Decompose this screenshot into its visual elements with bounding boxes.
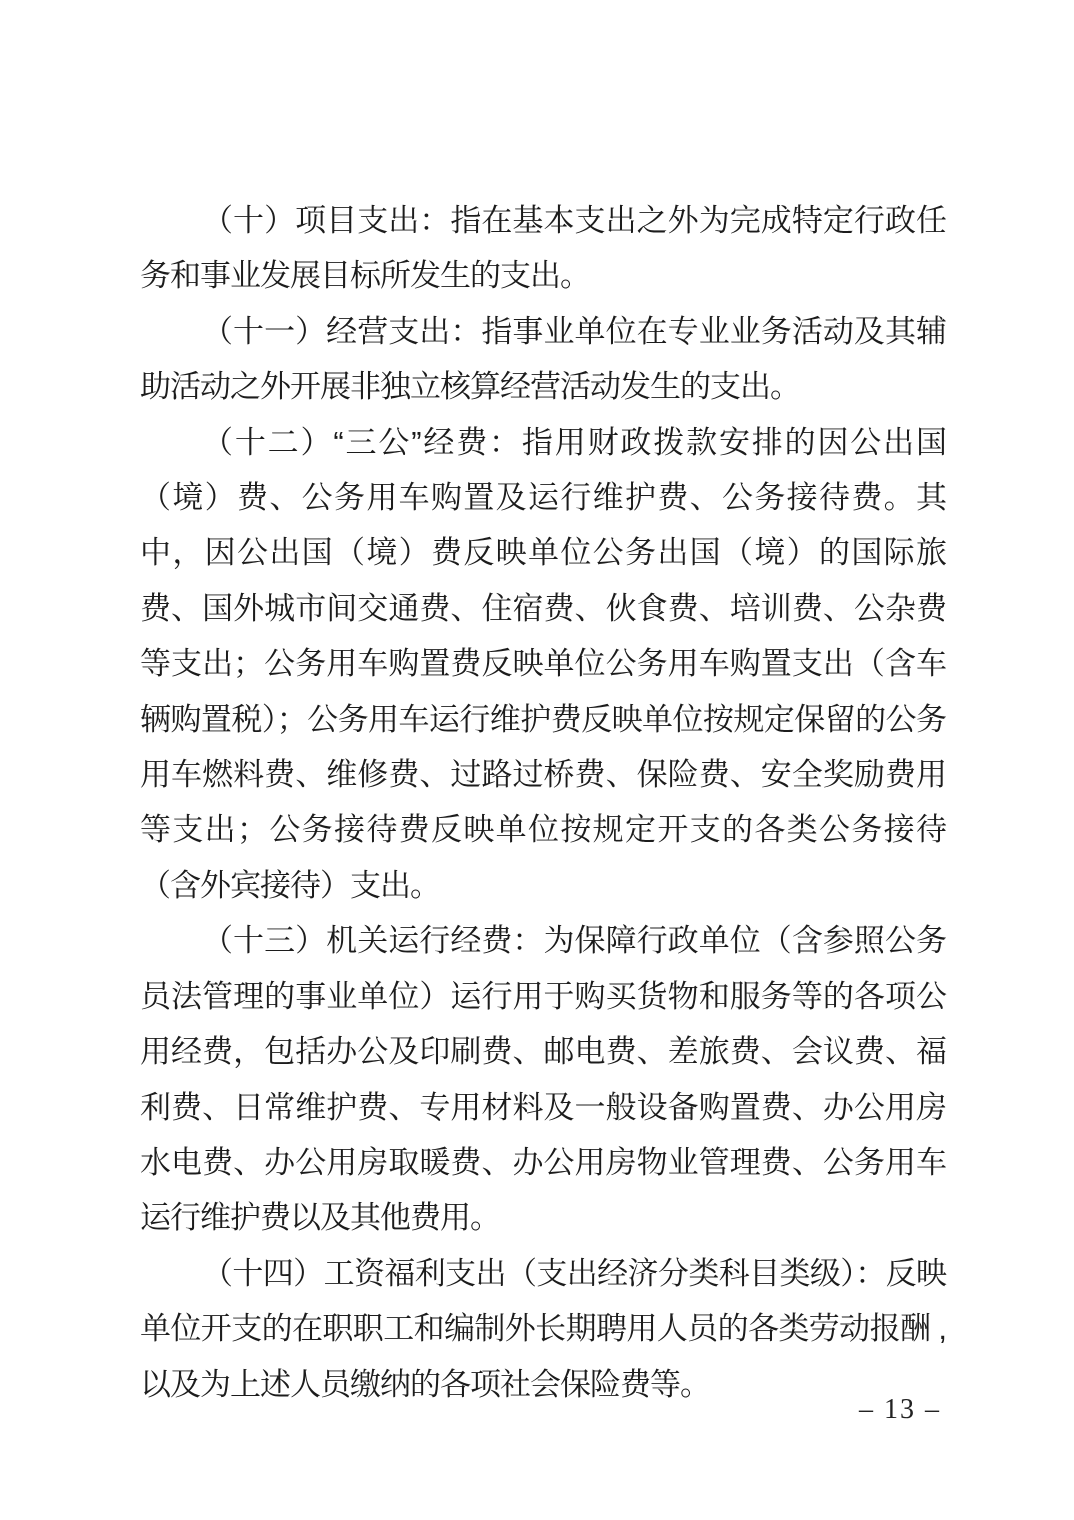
paragraph-item-14: （十四）工资福利支出（支出经济分类科目类级）：反映单位开支的在职职工和编制外长期… xyxy=(140,1246,946,1412)
paragraph-item-12: （十二）“三公”经费：指用财政拨款安排的因公出国（境）费、公务用车购置及运行维护… xyxy=(140,415,946,914)
document-body: （十）项目支出：指在基本支出之外为完成特定行政任务和事业发展目标所发生的支出。 … xyxy=(140,193,946,1412)
page-number: – 13 – xyxy=(859,1394,941,1426)
paragraph-item-11: （十一）经营支出：指事业单位在专业业务活动及其辅助活动之外开展非独立核算经营活动… xyxy=(140,304,946,415)
paragraph-item-10: （十）项目支出：指在基本支出之外为完成特定行政任务和事业发展目标所发生的支出。 xyxy=(140,193,946,304)
paragraph-item-13: （十三）机关运行经费：为保障行政单位（含参照公务员法管理的事业单位）运行用于购买… xyxy=(140,913,946,1245)
document-page: （十）项目支出：指在基本支出之外为完成特定行政任务和事业发展目标所发生的支出。 … xyxy=(0,0,1074,1520)
